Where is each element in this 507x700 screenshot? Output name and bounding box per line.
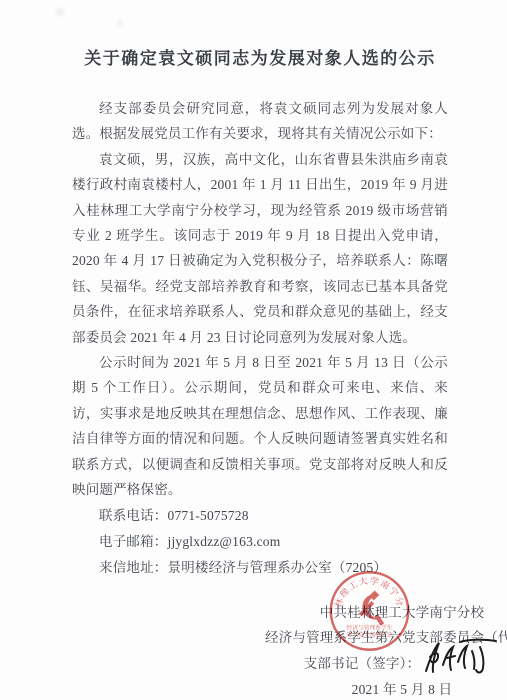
paragraph-notice: 公示时间为 2021 年 5 月 8 日至 2021 年 5 月 13 日（公示…: [72, 350, 448, 502]
paragraph-intro: 经支部委员会研究同意，将袁文硕同志列为发展对象人选。根据发展党员工作有关要求，现…: [72, 96, 448, 147]
signer-row: 支部书记（签字）：: [252, 651, 507, 677]
date-line: 2021 年 5 月 8 日: [252, 677, 507, 700]
document-body: 经支部委员会研究同意，将袁文硕同志列为发展对象人选。根据发展党员工作有关要求，现…: [72, 96, 448, 503]
contact-phone-line: 联系电话：0771-5075728: [72, 503, 448, 529]
contact-address-line: 来信地址：景明楼经济与管理系办公室（7205）: [72, 555, 448, 581]
handwritten-signature: [422, 637, 500, 677]
contact-email-line: 电子邮箱：jjyglxdzz@163.com: [72, 529, 448, 555]
contact-info: 联系电话：0771-5075728 电子邮箱：jjyglxdzz@163.com…: [72, 503, 448, 582]
org-name-line-1: 中共桂林理工大学南宁分校: [252, 600, 507, 625]
scanned-document-page: 关于确定袁文硕同志为发展对象人选的公示 经支部委员会研究同意，将袁文硕同志列为发…: [0, 0, 507, 700]
signer-label: 支部书记（签字）：: [304, 651, 421, 676]
signature-block: 中共桂林理工大学南宁分校 经济与管理系学生第六党支部委员会（代章） 支部书记（签…: [252, 600, 507, 700]
paragraph-profile: 袁文硕，男，汉族，高中文化，山东省曹县朱洪庙乡南袁楼行政村南袁楼村人，2001 …: [72, 147, 448, 350]
document-title: 关于确定袁文硕同志为发展对象人选的公示: [72, 44, 448, 69]
